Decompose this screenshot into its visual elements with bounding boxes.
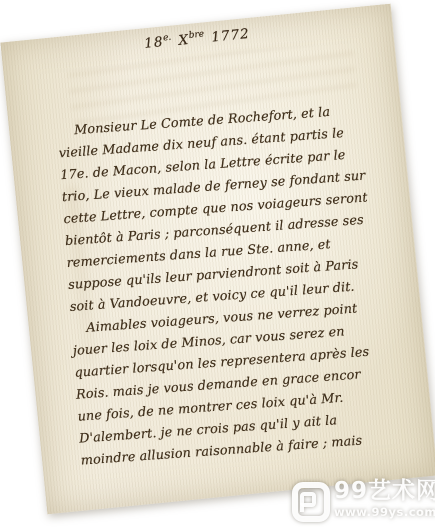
photo-stage: 18e.Xbre1772 Monsieur Le Comte de Rochef… — [0, 0, 435, 528]
letter-paper: 18e.Xbre1772 Monsieur Le Comte de Rochef… — [0, 4, 435, 515]
letter-date: 18e.Xbre1772 — [1, 11, 393, 66]
watermark: 99艺术网 www.99ys.com — [288, 474, 435, 528]
watermark-text: 99艺术网 www.99ys.com — [334, 478, 434, 519]
date-year: 1772 — [211, 25, 251, 45]
99ys-logo-icon — [292, 482, 330, 522]
date-day-suffix: e. — [163, 33, 172, 44]
logo-tail — [300, 503, 304, 512]
watermark-url: www.99ys.com — [334, 506, 434, 519]
letter-body: Monsieur Le Comte de Rochefort, et la vi… — [57, 98, 411, 473]
date-month-suffix: bre — [188, 29, 204, 40]
watermark-site-name: 99艺术网 — [334, 478, 434, 504]
date-day: 18 — [144, 34, 165, 52]
